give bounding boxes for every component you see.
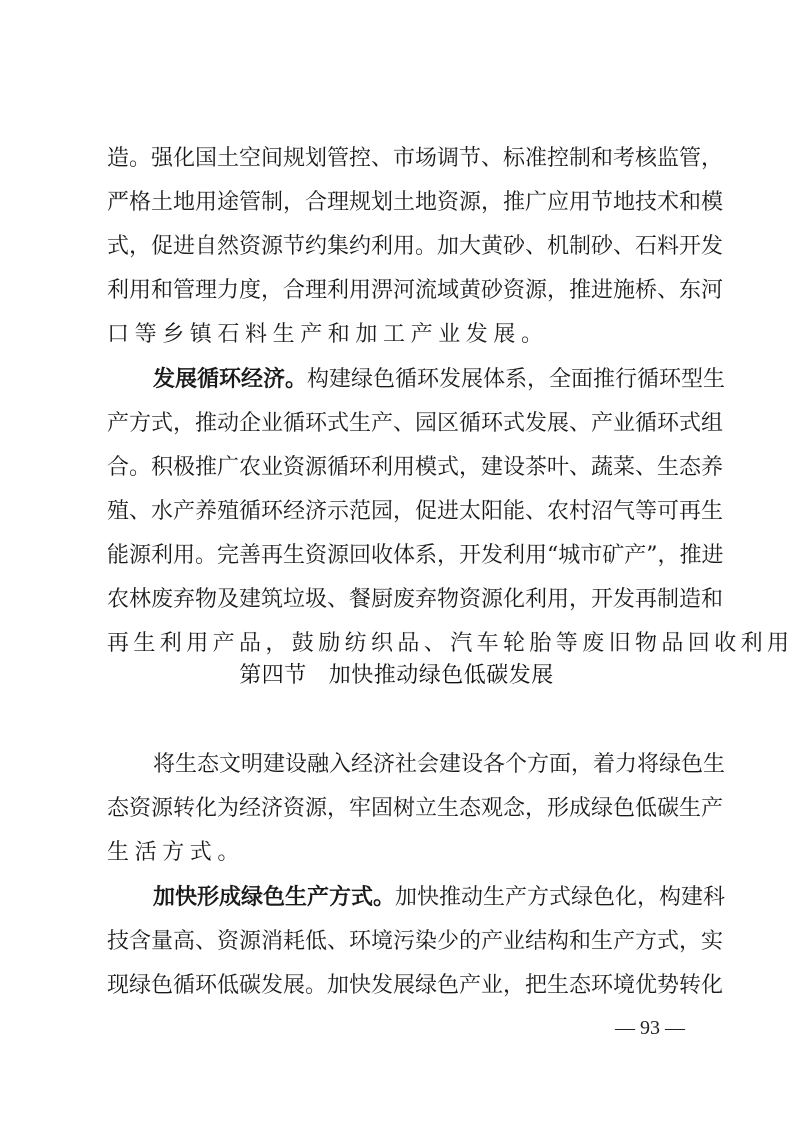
paragraph-line: 能源利用。完善再生资源回收体系，开发利用“城市矿产”，推进 xyxy=(107,541,691,571)
section-heading: 第四节加快推动绿色低碳发展 xyxy=(0,660,793,692)
paragraph-line: 利用和管理力度，合理利用淠河流域黄砂资源，推进施桥、东河 xyxy=(107,276,691,306)
paragraph-text: 构建绿色循环发展体系，全面推行循环型生 xyxy=(307,367,725,392)
paragraph-line: 态资源转化为经济资源，牢固树立生态观念，形成绿色低碳生产 xyxy=(107,794,691,824)
paragraph-line: 农林废弃物及建筑垃圾、餐厨废弃物资源化利用，开发再制造和 xyxy=(107,585,691,615)
paragraph-first-line: 加快形成绿色生产方式。加快推动生产方式绿色化，构建科 xyxy=(107,883,691,913)
paragraph-text: 加快推动生产方式绿色化，构建科 xyxy=(395,885,725,910)
page-number: — 93 — xyxy=(608,1014,692,1042)
paragraph-line: 产方式，推动企业循环式生产、园区循环式发展、产业循环式组 xyxy=(107,409,691,439)
paragraph-line: 合。积极推广农业资源循环利用模式，建设茶叶、蔬菜、生态养 xyxy=(107,453,691,483)
paragraph-line: 再生利用产品，鼓励纺织品、汽车轮胎等废旧物品回收利用。 xyxy=(107,629,691,659)
paragraph-first-line: 发展循环经济。构建绿色循环发展体系，全面推行循环型生 xyxy=(107,365,691,395)
section-title: 加快推动绿色低碳发展 xyxy=(329,663,554,688)
paragraph-bold-lead: 发展循环经济。 xyxy=(153,367,307,392)
paragraph-line: 将生态文明建设融入经济社会建设各个方面，着力将绿色生 xyxy=(107,750,691,780)
paragraph-line: 造。强化国土空间规划管控、市场调节、标准控制和考核监管， xyxy=(107,144,691,174)
paragraph-line: 现绿色循环低碳发展。加快发展绿色产业，把生态环境优势转化 xyxy=(107,971,691,1001)
paragraph-line: 式，促进自然资源节约集约利用。加大黄砂、机制砂、石料开发 xyxy=(107,232,691,262)
document-page: 造。强化国土空间规划管控、市场调节、标准控制和考核监管， 严格土地用途管制，合理… xyxy=(0,0,793,1122)
paragraph-line: 口等乡镇石料生产和加工产业发展。 xyxy=(107,320,691,350)
paragraph-line: 殖、水产养殖循环经济示范园，促进太阳能、农村沼气等可再生 xyxy=(107,497,691,527)
paragraph-line: 生活方式。 xyxy=(107,838,691,868)
paragraph-line: 技含量高、资源消耗低、环境污染少的产业结构和生产方式，实 xyxy=(107,927,691,957)
paragraph-bold-lead: 加快形成绿色生产方式。 xyxy=(153,885,395,910)
paragraph-line: 严格土地用途管制，合理规划土地资源，推广应用节地技术和模 xyxy=(107,188,691,218)
section-number: 第四节 xyxy=(239,663,307,688)
